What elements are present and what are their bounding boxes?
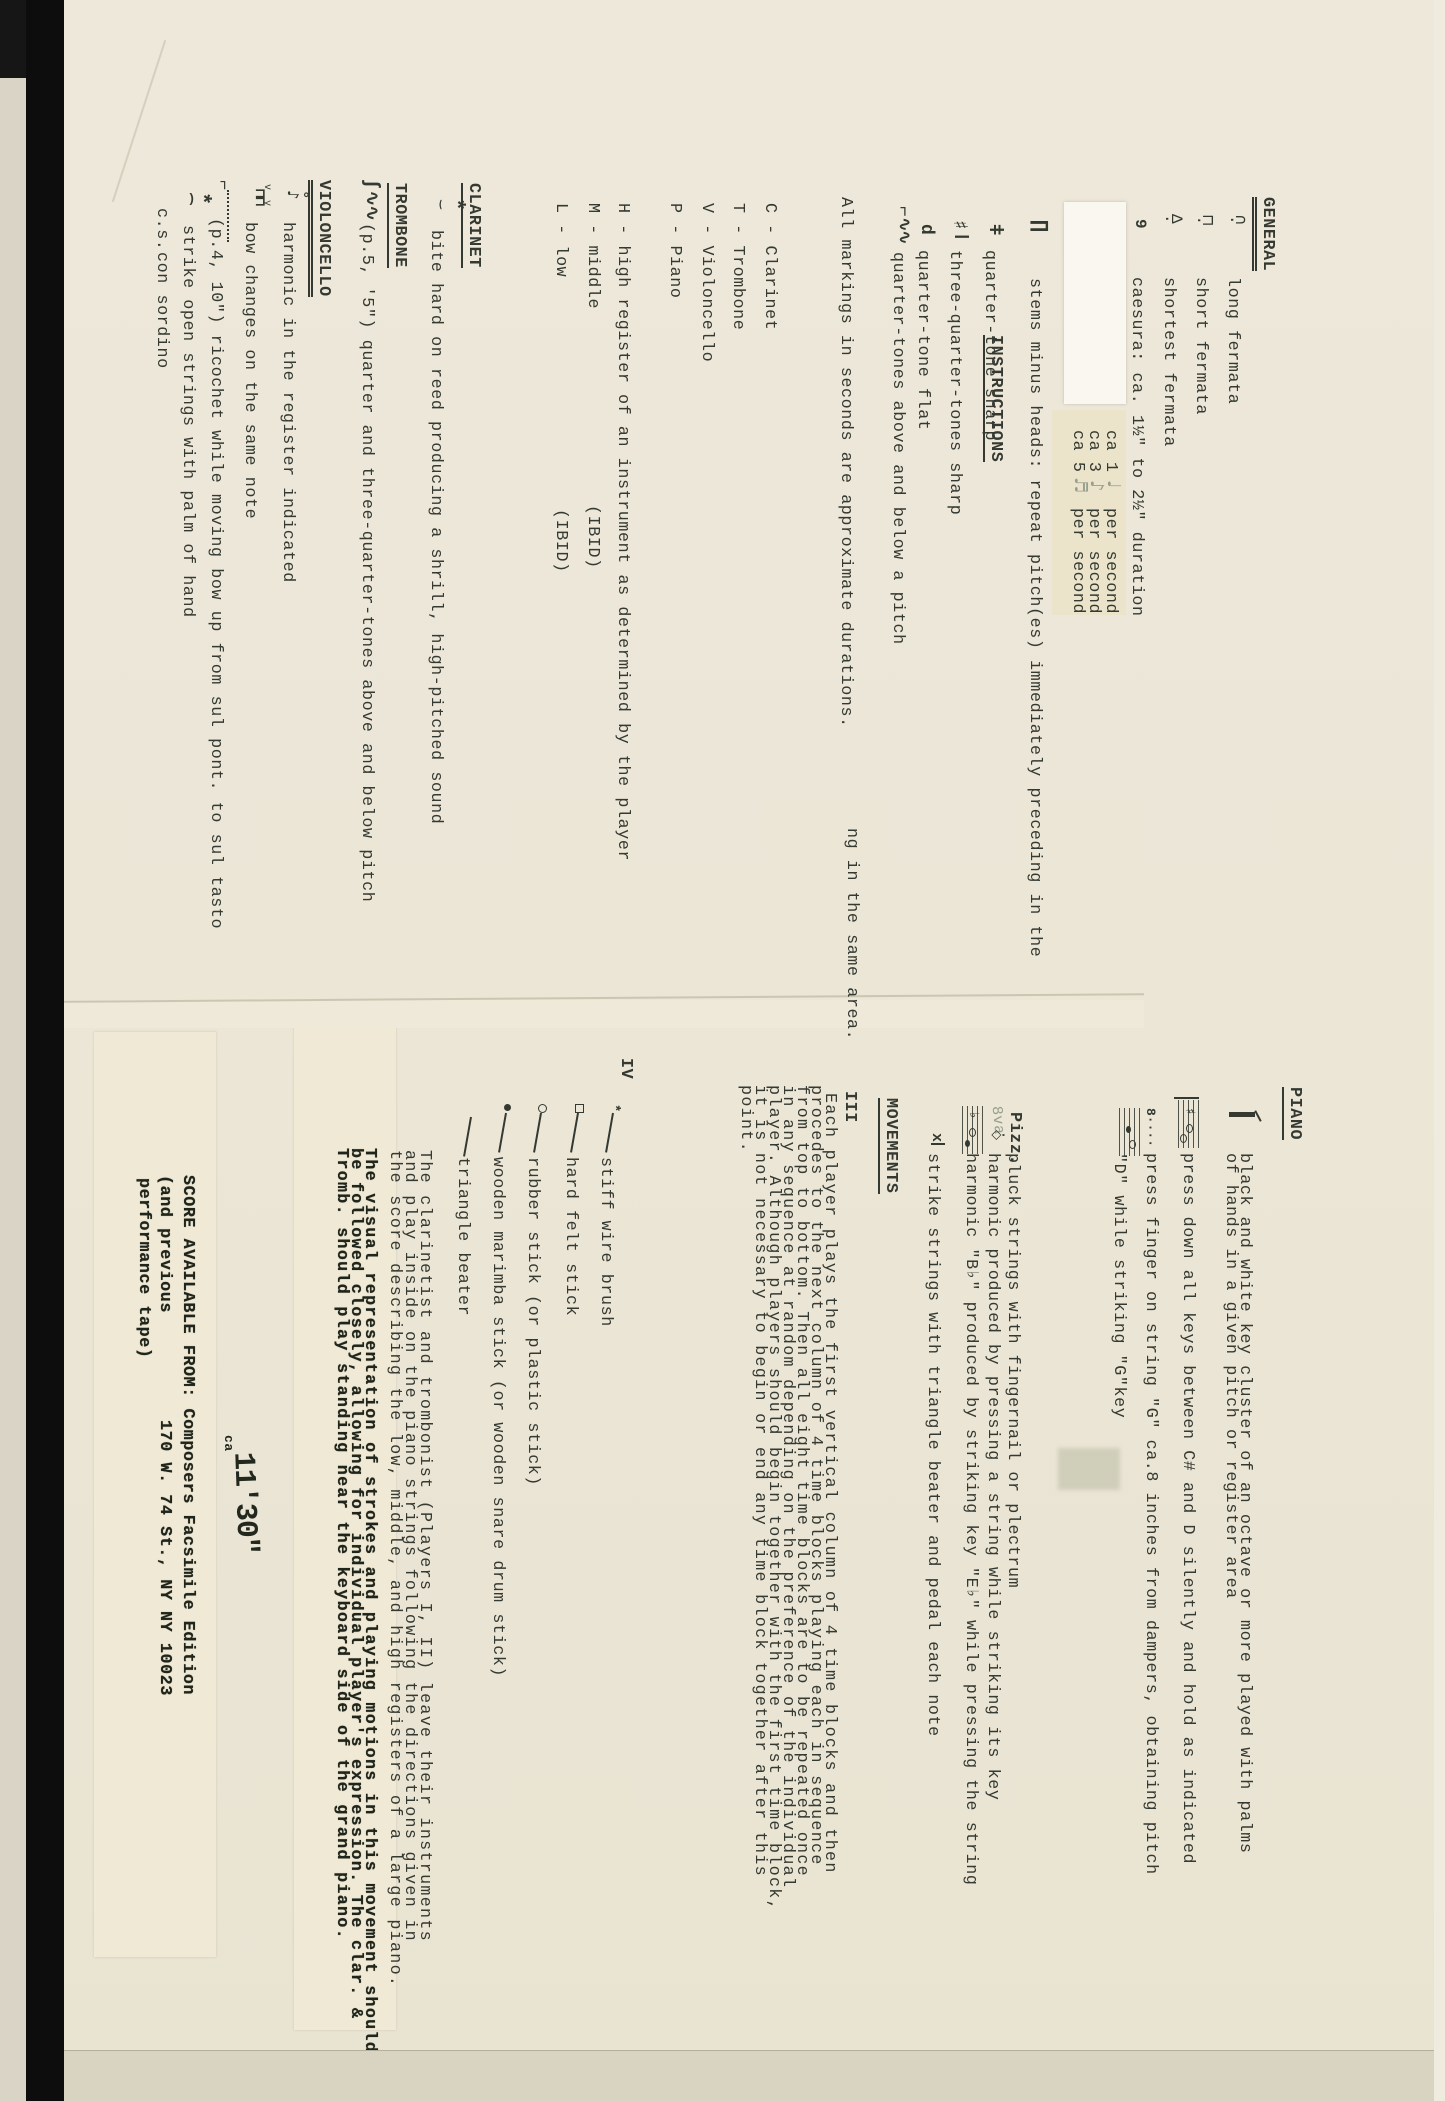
piano-harmonic1-line: harmonic produced by pressing a string w… [983, 1153, 1000, 1800]
caesura-label: caesura: ca. 1½" to 2½" duration [1127, 277, 1144, 617]
accidental-quarter-flat-label: quarter-tone flat [913, 250, 930, 430]
movements-paragraph-line: it is not necessary to begin or end any … [750, 1085, 767, 1877]
b-flat-staff-icon: ♭ [958, 1106, 983, 1154]
quarter-tone-sharp-icon: ǂ [985, 224, 1004, 235]
open-notehead-icon [1186, 1124, 1193, 1133]
sixteenth-note-icon: ♬ [1071, 477, 1089, 493]
cello-ricochet-label: (p.4, 10") ricochet while moving bow up … [206, 218, 223, 929]
shortest-fermata-icon: Δ· [1162, 214, 1180, 224]
filled-notehead-icon [1126, 1126, 1131, 1133]
movement-number-four: IV [616, 1058, 633, 1079]
trombone-instruction: (p.5, '5") quarter and three-quarter-ton… [357, 223, 374, 902]
register-middle-ibid: (IBID) [583, 505, 600, 569]
stems-note: stems minus heads: repeat pitch(es) imme… [1025, 278, 1042, 957]
abbrev-violoncello: V - Violoncello [697, 203, 714, 362]
register-low: L - low [551, 203, 568, 277]
scan-corner-dark [0, 0, 26, 78]
fermata-short-label: short fermata [1191, 277, 1208, 415]
register-low-ibid: (IBID) [551, 509, 568, 573]
triangle-beater-icon [455, 1108, 477, 1160]
microtone-squiggle-icon: ⌐∿∿ [894, 206, 913, 243]
ensemble-line: the score describing the low, middle, an… [385, 1150, 402, 1987]
scan-edge-left-sliver [0, 0, 26, 2101]
abbrev-trombone: T - Trombone [728, 203, 745, 330]
section-heading-movements: MOVEMENTS [878, 1098, 898, 1194]
piano-cluster-line2: of hands in a given pitch or register ar… [1221, 1153, 1238, 1599]
piano-silent-keys-line: press down all keys between C# and D sil… [1178, 1153, 1195, 1864]
markings-note: All markings in seconds are approximate … [836, 197, 853, 728]
cello-harmonic-label: harmonic in the register indicated [278, 222, 295, 583]
section-heading-general: GENERAL [1252, 197, 1275, 271]
filled-notehead-icon [965, 1140, 970, 1147]
rate-5-suffix: per second [1068, 508, 1085, 614]
beater-wire-brush-label: stiff wire brush [596, 1157, 613, 1327]
caesura-icon: 9 [1132, 219, 1148, 229]
register-high: H - high register of an instrument as de… [613, 203, 630, 861]
cello-bow-changes-label: bow changes on the same note [240, 222, 257, 519]
ensemble-line: Tromb. should play standing near the key… [332, 1148, 349, 1940]
open-notehead-icon [1129, 1140, 1136, 1149]
ottava-dashes: 8···· [1144, 1108, 1157, 1147]
beater-marimba-stick-label: wooden marimba stick (or wooden snare dr… [488, 1157, 505, 1677]
register-middle: M - middle [583, 203, 600, 309]
cluster-flag [1254, 1110, 1261, 1122]
x-note-stem [931, 1143, 945, 1145]
microtones-label: quarter-tones above and below a pitch [888, 252, 905, 645]
paper-right-edge [1434, 0, 1445, 2101]
wire-brush-icon: * [597, 1104, 619, 1156]
short-fermata-icon: ⊓· [1194, 214, 1212, 226]
fermata-shortest-label: shortest fermata [1159, 277, 1176, 447]
score-available-line2-left: (and previous [155, 1175, 172, 1313]
marimba-stick-icon [490, 1104, 512, 1156]
quarter-tone-flat-icon: d [917, 224, 935, 235]
duration-value: 11'30" [227, 1452, 261, 1555]
score-available-address: 170 W. 74 St., NY NY 10023 [155, 1420, 172, 1696]
duration-prefix: ca [222, 1435, 235, 1452]
sharp-icon: ♯ [1182, 1108, 1197, 1114]
stems-note-overlap-fragment: ng in the same area. [842, 828, 859, 1040]
accidental-three-quarter-label: three-quarter-tones sharp [945, 250, 962, 515]
staff-bracket [1174, 1097, 1199, 1099]
bow-changes-icon: v y ⊓⊓ [256, 184, 269, 208]
fermata-long-label: long fermata [1223, 277, 1240, 404]
con-sordino-abbr: c.s. [152, 208, 169, 250]
key-cluster-icon [1229, 1112, 1255, 1117]
rubber-stick-icon [525, 1104, 547, 1156]
stems-minus-heads-icon: ∏ [1029, 220, 1049, 232]
score-available-line1: SCORE AVAILABLE FROM: Composers Facsimil… [178, 1175, 195, 1695]
piano-harmonic2-line: harmonic "B♭" produced by striking key "… [961, 1153, 978, 1885]
section-heading-trombone: TROMBONE [387, 183, 407, 268]
open-notehead-icon [969, 1128, 976, 1137]
abbrev-piano: P - Piano [665, 203, 682, 299]
open-notehead-icon [1180, 1134, 1187, 1143]
abbrev-clarinet: C - Clarinet [760, 203, 777, 330]
scanned-instructions-page: INSTRUCTIONS GENERAL ∩· long fermata ⊓· … [0, 0, 1445, 2101]
scan-edge-black-bar [26, 0, 64, 2101]
palm-strike-icon: *( [188, 192, 207, 205]
beater-triangle-label: triangle beater [453, 1157, 470, 1316]
paper-bottom-band [64, 2050, 1445, 2101]
beater-rubber-stick-label: rubber stick (or plastic stick) [523, 1157, 540, 1486]
x-notehead-icon: x [929, 1133, 945, 1145]
g-string-staff-icon [1115, 1108, 1140, 1156]
rotated-page-content: INSTRUCTIONS GENERAL ∩· long fermata ⊓· … [0, 0, 1445, 2101]
flat-icon: ♭ [966, 1112, 981, 1118]
ricochet-dotted-line [225, 190, 229, 242]
piano-pluck-line: pluck strings with fingernail or plectru… [1003, 1153, 1020, 1588]
silent-keys-staff-icon: ♯ [1174, 1100, 1199, 1148]
glissando-icon: ʃ∿∿ [360, 178, 383, 220]
felt-stick-icon [562, 1104, 584, 1156]
movements-paragraph-line: point. [736, 1085, 753, 1153]
clarinet-instruction: bite hard on reed producing a shrill, hi… [426, 230, 443, 824]
piano-finger-line2: "D" while striking "G"key [1109, 1153, 1126, 1418]
con-sordino-label: con sordino [152, 252, 169, 369]
beater-felt-stick-label: hard felt stick [561, 1157, 578, 1316]
piano-finger-line1: press finger on string "G" ca.8 inches f… [1141, 1153, 1158, 1875]
three-quarter-sharp-icon: ♯ǀ [949, 220, 969, 229]
rate-1-suffix: per second [1101, 508, 1118, 614]
section-heading-piano: PIANO [1282, 1087, 1302, 1140]
accidental-quarter-sharp-label: quarter-tone sharp [980, 250, 997, 441]
movement-number-three: III [840, 1091, 857, 1123]
rate-1-prefix: ca 1 [1101, 430, 1118, 472]
piano-strike-line: strike strings with triangle beater and … [923, 1153, 940, 1737]
cello-palm-strike-label: strike open strings with palm of hand [178, 225, 195, 618]
section-heading-clarinet: CLARINET [461, 183, 481, 268]
pizz-harmonic-icon: ·◇ [993, 1130, 1007, 1140]
harmonic-note-icon: °♪ [289, 190, 306, 200]
score-available-line3: performance tape) [134, 1178, 151, 1358]
long-fermata-icon: ∩· [1227, 214, 1245, 226]
rate-5-prefix: ca 5 [1068, 430, 1085, 472]
section-heading-violoncello: VIOLONCELLO [308, 180, 331, 297]
bite-hard-icon: *‿ [441, 198, 461, 211]
